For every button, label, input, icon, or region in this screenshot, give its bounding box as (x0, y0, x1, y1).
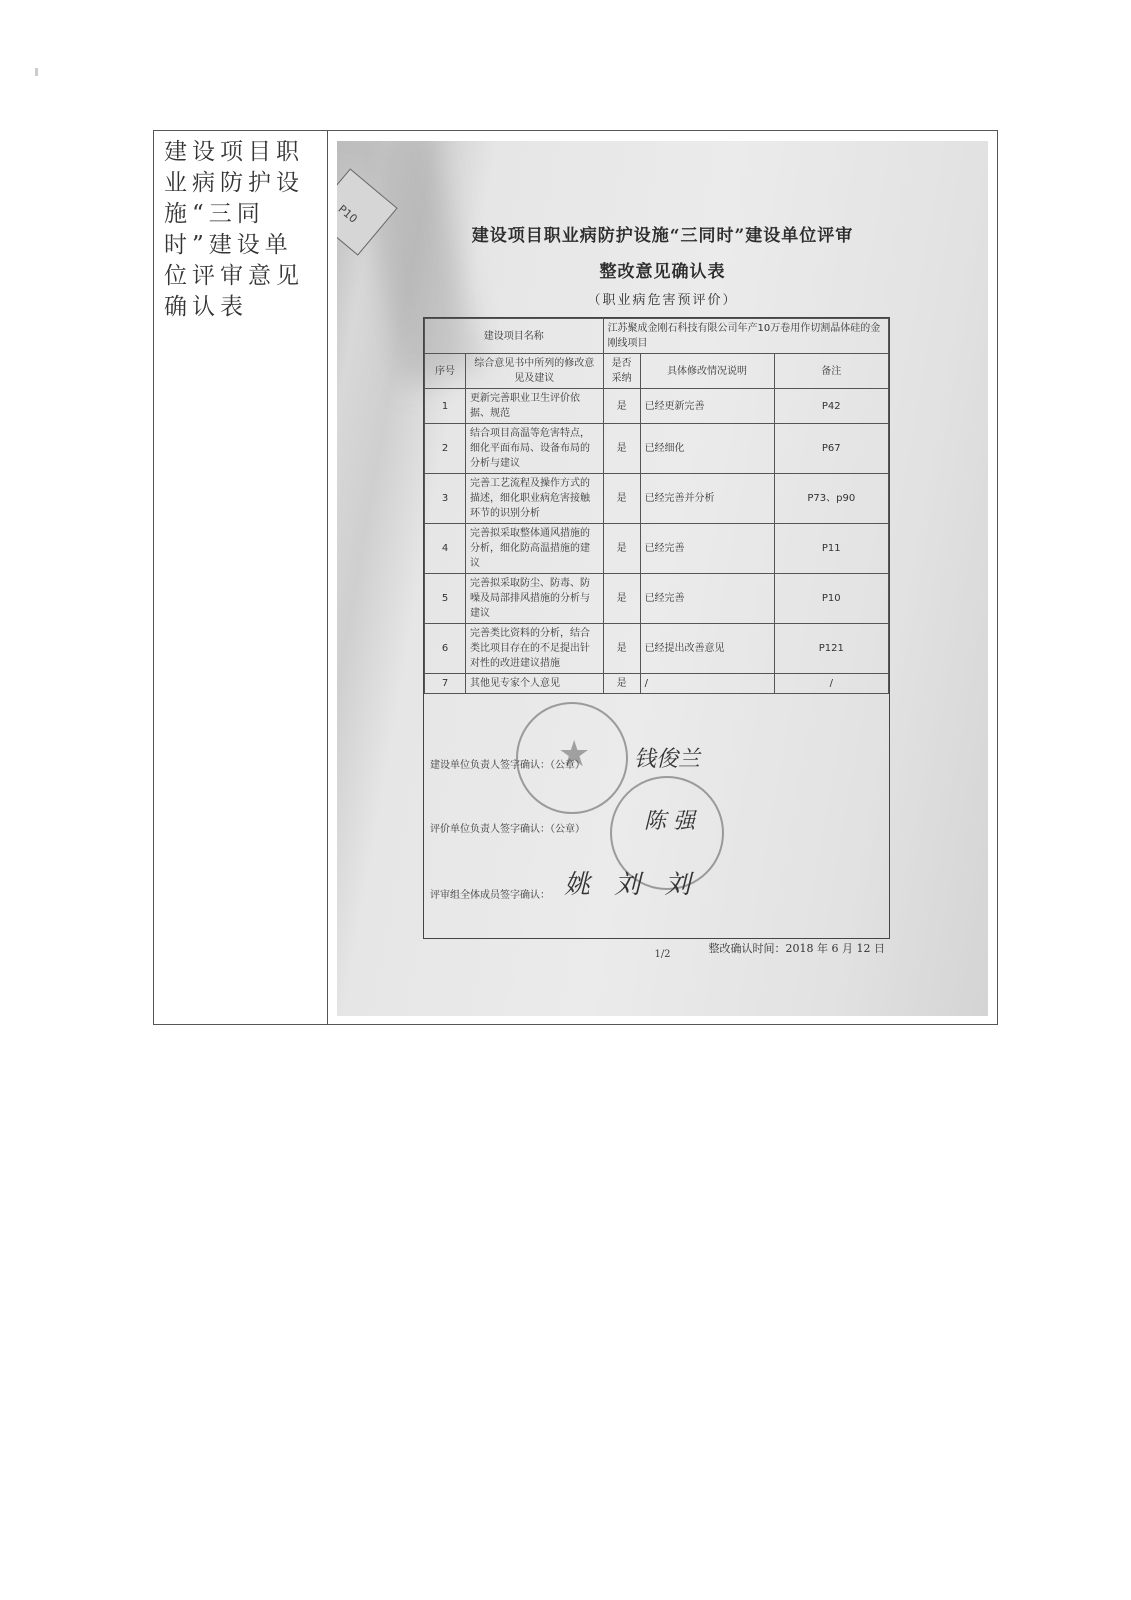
cell-opinion: 完善拟采取整体通风措施的分析，细化防高温措施的建议 (466, 524, 604, 574)
cell-seq: 4 (425, 524, 466, 574)
construction-unit-signature-label: 建设单位负责人签字确认：（公章） (430, 756, 585, 771)
cell-adopted: 是 (603, 474, 640, 524)
project-name: 江苏聚成金刚石科技有限公司年产10万卷用作切割晶体硅的金刚线项目 (603, 319, 888, 354)
cell-note: P121 (774, 624, 888, 674)
attachment-label: 建设项目职业病防护设施“三同时”建设单位评审意见确认表 (164, 137, 319, 323)
page-number: 1/2 (337, 949, 988, 960)
signature-area: ★ 建设单位负责人签字确认：（公章） 钱俊兰 评价单位负责人签字确认：（公章） … (424, 694, 889, 954)
attachment-table: 建设项目职业病防护设施“三同时”建设单位评审意见确认表 P10 建设项目职业病防… (153, 130, 998, 1025)
cell-adopted: 是 (603, 524, 640, 574)
header-seq: 序号 (425, 354, 466, 389)
cell-note: P10 (774, 574, 888, 624)
table-row: 4完善拟采取整体通风措施的分析，细化防高温措施的建议是已经完善P11 (425, 524, 889, 574)
cell-description: 已经提出改善意见 (640, 624, 774, 674)
scanned-document-photo: P10 建设项目职业病防护设施“三同时”建设单位评审 整改意见确认表 （职业病危… (337, 141, 988, 1016)
cell-description: 已经更新完善 (640, 389, 774, 424)
cell-seq: 2 (425, 424, 466, 474)
table-row: 2结合项目高温等危害特点，细化平面布局、设备布局的分析与建议是已经细化P67 (425, 424, 889, 474)
review-team-signature-label: 评审组全体成员签字确认： (430, 886, 550, 901)
evaluation-unit-signature-label: 评价单位负责人签字确认：（公章） (430, 820, 585, 835)
project-name-label: 建设项目名称 (425, 319, 604, 354)
doc-subtitle: （职业病危害预评价） (337, 289, 988, 308)
cell-seq: 6 (425, 624, 466, 674)
cell-note: P42 (774, 389, 888, 424)
cell-adopted: 是 (603, 624, 640, 674)
table-row: 1更新完善职业卫生评价依据、规范是已经更新完善P42 (425, 389, 889, 424)
cell-adopted: 是 (603, 574, 640, 624)
cell-adopted: 是 (603, 389, 640, 424)
scan-speck (35, 68, 38, 76)
cell-opinion: 完善类比资料的分析，结合类比项目存在的不足提出针对性的改进建议措施 (466, 624, 604, 674)
header-opinion: 综合意见书中所列的修改意见及建议 (466, 354, 604, 389)
cell-description: / (640, 674, 774, 694)
cell-adopted: 是 (603, 424, 640, 474)
cell-seq: 1 (425, 389, 466, 424)
cell-opinion: 完善工艺流程及操作方式的描述，细化职业病危害接触环节的识别分析 (466, 474, 604, 524)
review-team-signatures: 姚 刘 刘 (564, 864, 699, 901)
cell-description: 已经细化 (640, 424, 774, 474)
doc-title-line2: 整改意见确认表 (337, 257, 988, 282)
cell-note: P73、p90 (774, 474, 888, 524)
confirmation-form: 建设项目名称 江苏聚成金刚石科技有限公司年产10万卷用作切割晶体硅的金刚线项目 … (423, 317, 890, 939)
cell-note: / (774, 674, 888, 694)
header-row: 序号 综合意见书中所列的修改意见及建议 是否采纳 具体修改情况说明 备注 (425, 354, 889, 389)
cell-description: 已经完善 (640, 524, 774, 574)
cell-seq: 5 (425, 574, 466, 624)
evaluation-unit-signature: 陈 强 (644, 804, 695, 835)
label-cell: 建设项目职业病防护设施“三同时”建设单位评审意见确认表 (154, 131, 328, 1024)
header-note: 备注 (774, 354, 888, 389)
project-row: 建设项目名称 江苏聚成金刚石科技有限公司年产10万卷用作切割晶体硅的金刚线项目 (425, 319, 889, 354)
table-row: 5完善拟采取防尘、防毒、防噪及局部排风措施的分析与建议是已经完善P10 (425, 574, 889, 624)
cell-adopted: 是 (603, 674, 640, 694)
cell-description: 已经完善并分析 (640, 474, 774, 524)
form-table: 建设项目名称 江苏聚成金刚石科技有限公司年产10万卷用作切割晶体硅的金刚线项目 … (424, 318, 889, 694)
table-row: 7其他见专家个人意见是// (425, 674, 889, 694)
cell-opinion: 其他见专家个人意见 (466, 674, 604, 694)
construction-unit-signature: 钱俊兰 (634, 742, 700, 773)
cell-opinion: 结合项目高温等危害特点，细化平面布局、设备布局的分析与建议 (466, 424, 604, 474)
cell-seq: 3 (425, 474, 466, 524)
cell-opinion: 完善拟采取防尘、防毒、防噪及局部排风措施的分析与建议 (466, 574, 604, 624)
cell-description: 已经完善 (640, 574, 774, 624)
cell-note: P11 (774, 524, 888, 574)
table-row: 6完善类比资料的分析，结合类比项目存在的不足提出针对性的改进建议措施是已经提出改… (425, 624, 889, 674)
cell-note: P67 (774, 424, 888, 474)
doc-title-line1: 建设项目职业病防护设施“三同时”建设单位评审 (337, 221, 988, 246)
cell-seq: 7 (425, 674, 466, 694)
header-description: 具体修改情况说明 (640, 354, 774, 389)
cell-opinion: 更新完善职业卫生评价依据、规范 (466, 389, 604, 424)
table-row: 3完善工艺流程及操作方式的描述，细化职业病危害接触环节的识别分析是已经完善并分析… (425, 474, 889, 524)
header-adopted: 是否采纳 (603, 354, 640, 389)
